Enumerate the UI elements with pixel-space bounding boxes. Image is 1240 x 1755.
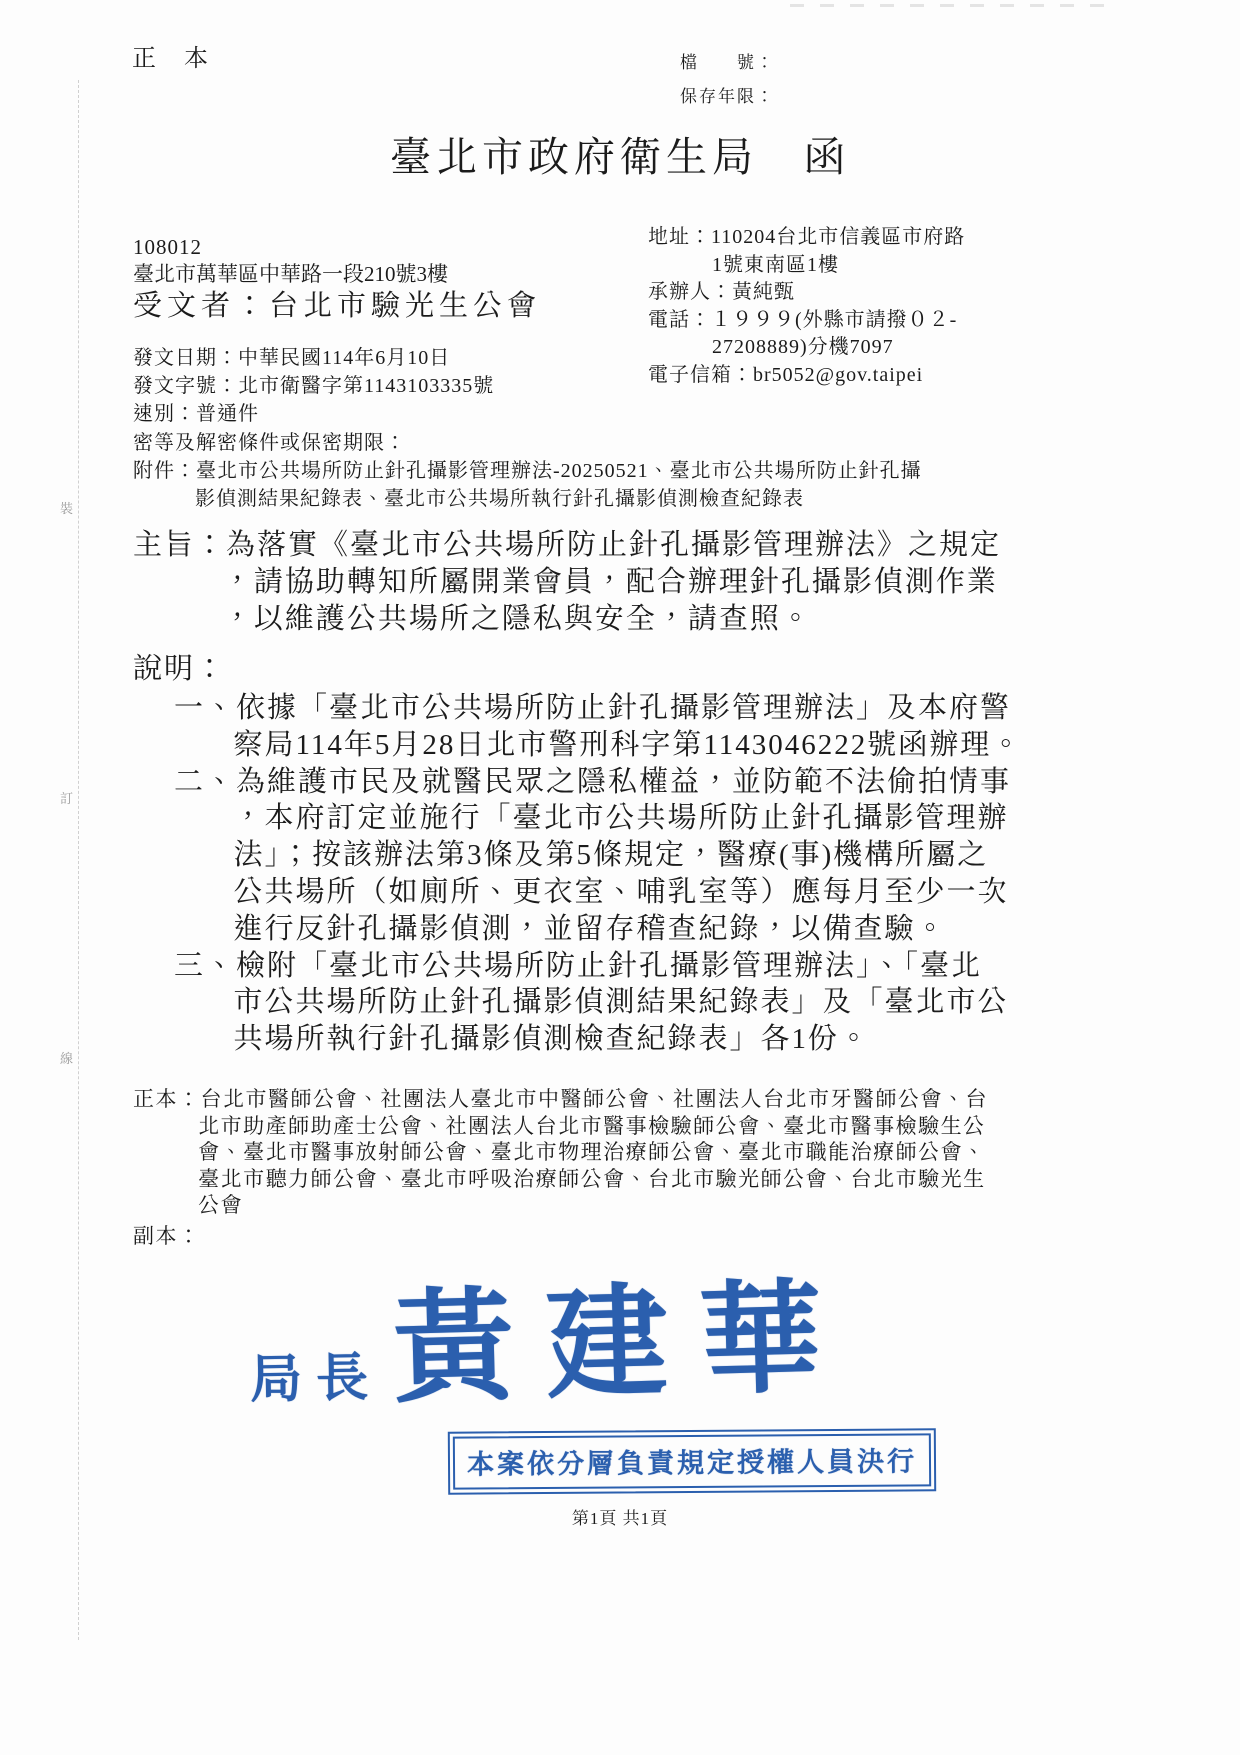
issue-number-line: 發文字號：北市衛醫字第1143103335號 — [133, 372, 1053, 400]
issue-date-line: 發文日期：中華民國114年6月10日 — [133, 344, 1053, 372]
explanation-list: 一、依據「臺北市公共場所防止針孔攝影管理辦法」及本府警 察局114年5月28日北… — [174, 690, 1059, 1058]
file-retention-block: 檔 號： 保存年限： — [680, 46, 775, 114]
original-recipients-paragraph: 正本：台北市醫師公會、社團法人臺北市中醫師公會、社團法人台北市牙醫師公會、台 北… — [133, 1086, 1118, 1219]
page-number: 第1頁 共1頁 — [0, 1504, 1240, 1529]
file-number-label: 檔 號： — [680, 46, 775, 80]
explanation-item-1: 一、依據「臺北市公共場所防止針孔攝影管理辦法」及本府警 察局114年5月28日北… — [174, 690, 1059, 764]
recipient-name-line: 受文者：台北市驗光生公會 — [133, 293, 541, 320]
document-title: 臺北市政府衛生局 函 — [0, 124, 1240, 183]
subject-paragraph: 主旨：為落實《臺北市公共場所防止針孔攝影管理辦法》之規定 ，請協助轉知所屬開業會… — [133, 527, 1138, 638]
explanation-item-3: 三、檢附「臺北市公共場所防止針孔攝影管理辦法」、「臺北 市公共場所防止針孔攝影偵… — [174, 948, 1059, 1058]
recipient-address: 臺北市萬華區中華路一段210號3樓 — [133, 261, 541, 288]
agency-address: 地址：110204台北市信義區市府路 1號東南區1樓 — [648, 224, 1098, 279]
document-meta-block: 發文日期：中華民國114年6月10日 發文字號：北市衛醫字第1143103335… — [133, 344, 1053, 513]
binding-mark-xian: 線 — [60, 1048, 73, 1067]
director-title-stamp: 局長 — [249, 1335, 382, 1412]
copy-recipients-label: 副本： — [133, 1220, 201, 1250]
contact-officer: 承辦人：黃純甄 — [648, 279, 1098, 307]
retention-period-label: 保存年限： — [680, 80, 775, 114]
speed-class-line: 速別：普通件 — [133, 400, 1053, 428]
recipient-zip-code: 108012 — [133, 234, 541, 261]
scanned-official-letter: 正 本 檔 號： 保存年限： 臺北市政府衛生局 函 108012 臺北市萬華區中… — [0, 0, 1240, 1755]
explanation-heading: 說明： — [133, 646, 226, 687]
copy-type-label: 正 本 — [132, 38, 210, 73]
recipient-block: 108012 臺北市萬華區中華路一段210號3樓 受文者：台北市驗光生公會 — [133, 234, 541, 320]
binding-mark-zhuang: 裝 — [60, 498, 73, 517]
binding-margin-line — [78, 80, 79, 1640]
director-signature-stamp: 黃建華 — [390, 1266, 856, 1424]
binding-mark-ding: 訂 — [60, 788, 73, 807]
scan-edge-artifact — [790, 4, 1110, 7]
security-class-line: 密等及解密條件或保密期限： — [133, 429, 1053, 457]
authorization-stamp-box: 本案依分層負責規定授權人員決行 — [448, 1428, 936, 1494]
attachment-line: 附件：臺北市公共場所防止針孔攝影管理辦法-20250521、臺北市公共場所防止針… — [133, 457, 1053, 513]
explanation-item-2: 二、為維護市民及就醫民眾之隱私權益，並防範不法偷拍情事 ，本府訂定並施行「臺北市… — [174, 764, 1059, 948]
